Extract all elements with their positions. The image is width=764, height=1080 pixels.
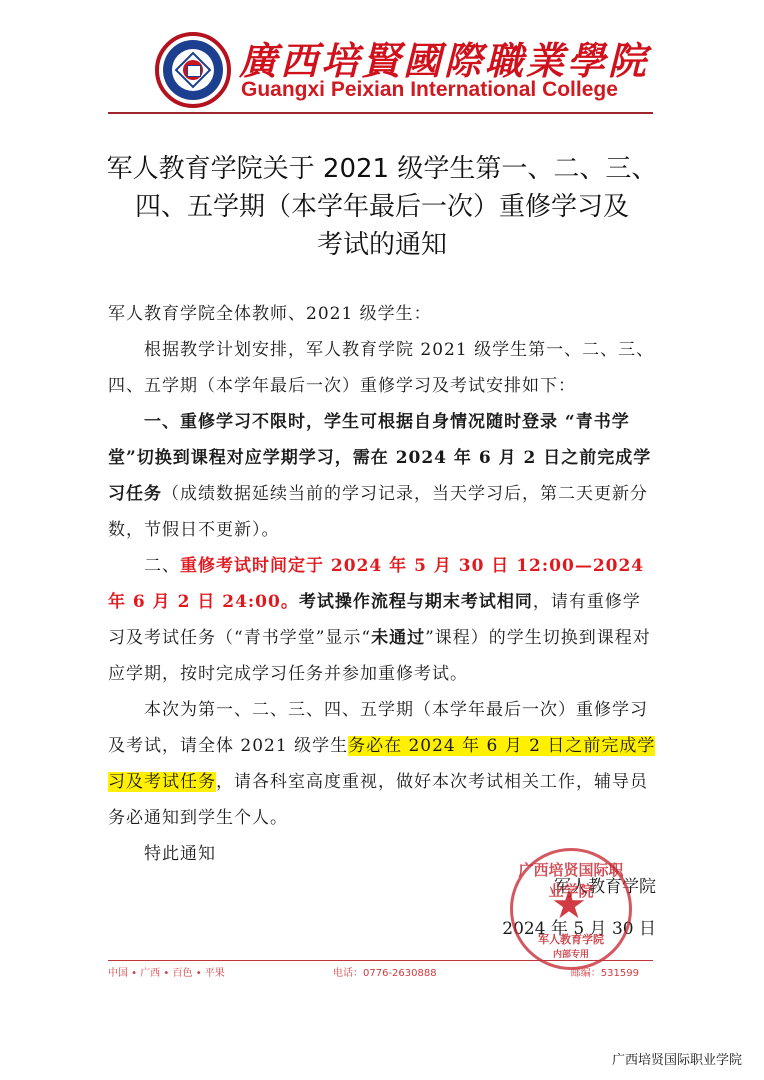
item-2-prefix: 二、 [144,556,180,576]
intro-paragraph: 根据教学计划安排，军人教育学院 2021 级学生第一、二、三、四、五学期（本学年… [108,332,656,404]
footer-divider [108,960,653,961]
seal-label: 军人教育学院 [513,931,629,947]
item-1-note: （成绩数据延续当前的学习记录，当天学习后，第二天更新分数，节假日不更新）。 [108,484,648,540]
salutation: 军人教育学院全体教师、2021 级学生： [108,296,656,332]
header-divider [108,112,653,114]
document-title: 军人教育学院关于 2021 级学生第一、二、三、 四、五学期（本学年最后一次）重… [100,150,664,264]
title-line: 考试的通知 [100,226,664,264]
title-line: 四、五学期（本学年最后一次）重修学习及 [100,188,664,226]
letterhead: 廣西培賢國際職業學院 Guangxi Peixian International… [155,28,605,108]
page-caption: 广西培贤国际职业学院 [612,1049,742,1068]
college-emblem-icon [155,32,231,108]
college-name-english: Guangxi Peixian International College [241,78,618,102]
item-1-paragraph: 一、重修学习不限时，学生可根据自身情况随时登录 “青书学堂”切换到课程对应学期学… [108,404,656,548]
item-2-paragraph: 二、重修考试时间定于 2024 年 5 月 30 日 12:00—2024 年 … [108,548,656,692]
footer-phone: 电话：0776-2630888 [333,964,437,979]
not-passed-label: 未通过 [371,628,425,648]
title-line: 军人教育学院关于 2021 级学生第一、二、三、 [100,150,664,188]
item-2-bold: 考试操作流程与期末考试相同 [299,592,533,612]
official-seal: 广西培贤国际职业学院 ★ 军人教育学院 内部专用 [510,848,632,970]
footer-postcode: 邮编：531599 [571,964,639,979]
college-name-chinese: 廣西培賢國際職業學院 [239,30,649,85]
footer-address: 中国 • 广西 • 百色 • 平果 [108,964,225,979]
seal-sublabel: 内部专用 [513,947,629,960]
closing-paragraph: 本次为第一、二、三、四、五学期（本学年最后一次）重修学习及考试，请全体 2021… [108,692,656,836]
star-icon: ★ [551,885,587,925]
document-body: 军人教育学院全体教师、2021 级学生： 根据教学计划安排，军人教育学院 202… [108,296,656,872]
